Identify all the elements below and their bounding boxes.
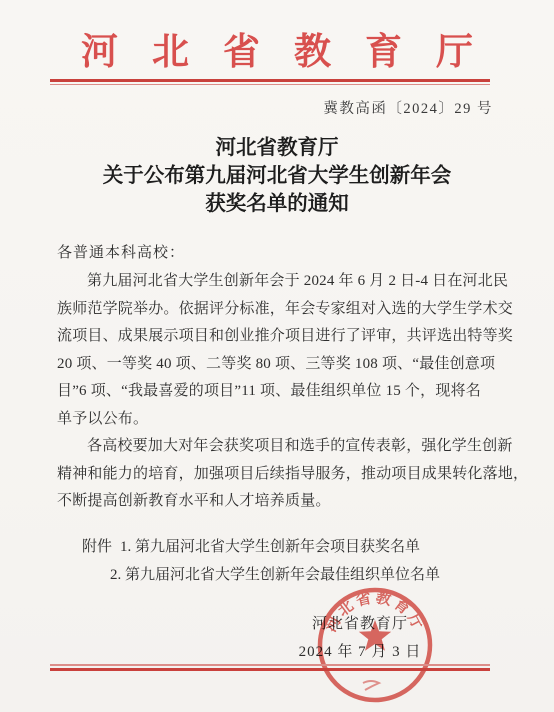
document-number: 冀教高函〔2024〕29 号 (323, 97, 493, 118)
attachment-2-text: 2. 第九届河北省大学生创新年会最佳组织单位名单 (110, 567, 440, 583)
attachment-item-2: 2. 第九届河北省大学生创新年会最佳组织单位名单 (110, 561, 517, 589)
rule-thin-line (50, 84, 490, 85)
paragraph-2-line: 各高校要加大对年会获奖项目和选手的宣传表彰，强化学生创新 (57, 433, 507, 461)
attachments-block: 附件1. 第九届河北省大学生创新年会项目获奖名单 2. 第九届河北省大学生创新年… (57, 533, 517, 589)
letterhead-rule (50, 79, 490, 85)
paragraph-2-line: 精神和能力的培育，加强项目后续指导服务，推动项目成果转化落地， (57, 461, 507, 489)
rule-thick-line (50, 668, 490, 671)
footer-rule (50, 664, 490, 671)
paragraph-1-line: 单予以公布。 (57, 406, 507, 434)
paragraph-1: 第九届河北省大学生创新年会于 2024 年 6 月 2 日-4 日在河北民 族师… (57, 268, 507, 433)
official-document-page: 河北省教育厅 冀教高函〔2024〕29 号 河北省教育厅 关于公布第九届河北省大… (0, 0, 554, 712)
attachment-1-text: 1. 第九届河北省大学生创新年会项目获奖名单 (120, 539, 420, 555)
document-title: 河北省教育厅 关于公布第九届河北省大学生创新年会 获奖名单的通知 (0, 134, 554, 218)
paragraph-1-line: 目”6 项、“我最喜爱的项目”11 项、最佳组织单位 15 个，现将名 (57, 378, 507, 406)
letterhead-org-name: 河北省教育厅 (0, 30, 554, 76)
signature-date: 2024 年 7 月 3 日 (230, 645, 490, 660)
signature-block: 河北省教育厅 2024 年 7 月 3 日 (230, 616, 490, 660)
attachments-label: 附件 (82, 539, 112, 555)
paragraph-2-line: 不断提高创新教育水平和人才培养质量。 (57, 488, 507, 516)
title-line-3: 获奖名单的通知 (0, 190, 554, 218)
title-line-2: 关于公布第九届河北省大学生创新年会 (0, 162, 554, 190)
title-line-1: 河北省教育厅 (0, 134, 554, 162)
paragraph-1-line: 流项目、成果展示项目和创业推介项目进行了评审，共评选出特等奖 (57, 323, 507, 351)
paragraph-2: 各高校要加大对年会获奖项目和选手的宣传表彰，强化学生创新 精神和能力的培育，加强… (57, 433, 507, 516)
paragraph-1-line: 20 项、一等奖 40 项、二等奖 80 项、三等奖 108 项、“最佳创意项 (57, 351, 507, 379)
paragraph-1-line: 族师范学院举办。依据评分标准，年会专家组对入选的大学生学术交 (57, 296, 507, 324)
signature-org: 河北省教育厅 (230, 616, 490, 632)
paragraph-1-line: 第九届河北省大学生创新年会于 2024 年 6 月 2 日-4 日在河北民 (57, 268, 507, 296)
seal-bottom-mark (363, 681, 379, 690)
attachment-item-1: 附件1. 第九届河北省大学生创新年会项目获奖名单 (82, 533, 517, 561)
salutation: 各普通本科高校： (57, 241, 185, 262)
